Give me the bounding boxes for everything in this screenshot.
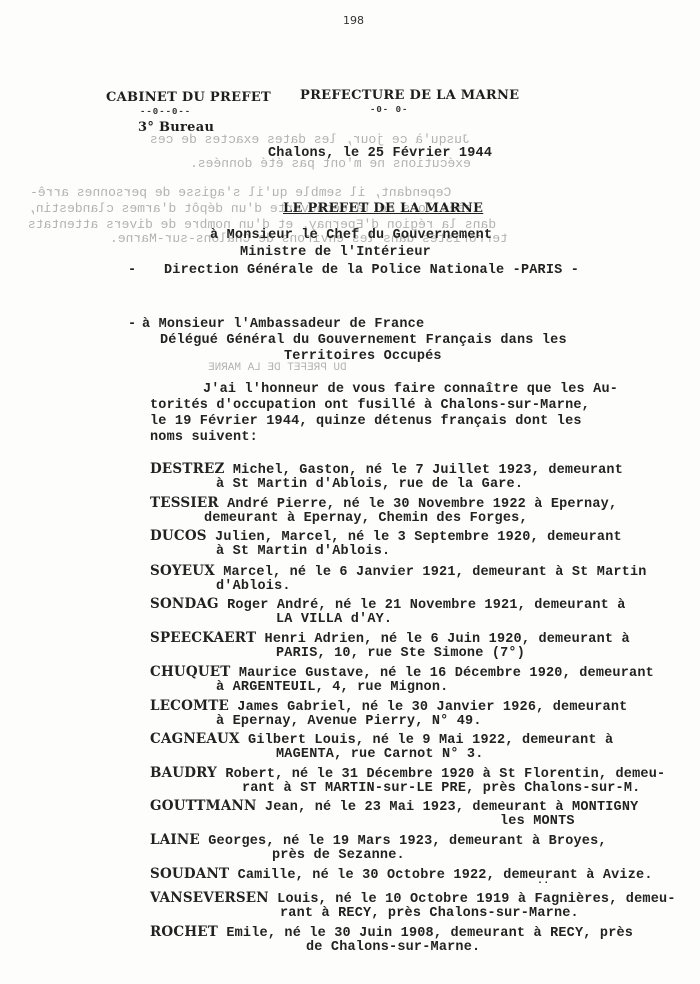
victim-surname: TESSIER [150,495,219,511]
victim-surname: BAUDRY [150,765,217,781]
body-line-4: noms suivent: [150,430,258,445]
victim-details-line-2: à St Martin d'Ablois, rue de la Gare. [216,477,523,492]
victim-details-line-1: Georges, né le 19 Mars 1923, demeurant à… [208,834,606,849]
victim-surname: SPEECKAERT [150,630,256,646]
victim-details-line-2: demeurant à Epernay, Chemin des Forges, [204,511,528,526]
victim-details-line-1: Emile, né le 30 Juin 1908, demeurant à R… [226,926,633,941]
left-ornament: --0--0-- [140,107,191,117]
victim-details-line-2: MAGENTA, rue Carnot N° 3. [276,747,484,762]
body-line-1: J'ai l'honneur de vous faire connaître q… [203,382,618,397]
victim-surname: SONDAG [150,596,219,612]
victim-surname: SOYEUX [150,563,215,579]
victim-details-line-2: de Chalons-sur-Marne. [306,940,480,955]
victim-details-line-2: rant à RECY, près Chalons-sur-Marne. [280,906,579,921]
body-line-3: le 19 Février 1944, quinze détenus franç… [150,414,582,429]
victim-details-line-2: près de Sezanne. [272,848,405,863]
victim-surname: VANSEVERSEN [150,890,269,906]
victim-surname: LECOMTE [150,698,229,714]
victim-details-line-1: Maurice Gustave, né le 16 Décembre 1920,… [239,666,654,681]
victim-details-line-2: rant à ST MARTIN-sur-LE PRE, près Chalon… [242,781,640,796]
right-ornament: -0- 0- [370,105,408,115]
victim-details-line-2: LA VILLA d'AY. [276,612,392,627]
recipient-1-line-2: Ministre de l'Intérieur [240,245,431,260]
victim-details-line-1: André Pierre, né le 30 Novembre 1922 à E… [227,497,617,512]
stray-dash: - [128,263,136,278]
sender-heading: LE PREFET DE LA MARNE [283,201,483,216]
recipient-1-line-3: Direction Générale de la Police National… [164,263,579,278]
victim-details-line-2: les MONTS [500,814,575,829]
victim-details-line-1: Louis, né le 10 Octobre 1919 à Fagnières… [277,892,675,907]
recipient-2-line-2: Délégué Général du Gouvernement Français… [160,333,567,348]
victim-details-line-1: Henri Adrien, né le 6 Juin 1920, demeura… [265,632,630,647]
victim-details-line-1: Gilbert Louis, né le 9 Mai 1922, demeura… [248,733,613,748]
bleed-through-line: Cependant, il semble qu'il s'agisse de p… [30,185,451,200]
recipient-2-line-1: à Monsieur l'Ambassadeur de France [142,317,424,332]
victim-details-line-1: Julien, Marcel, né le 3 Septembre 1920, … [215,530,622,545]
recipient-2-line-3: Territoires Occupés [284,349,442,364]
victim-details-line-2: PARIS, 10, rue Ste Simone (7°) [276,646,525,661]
victim-details-line-1: Jean, né le 23 Mai 1923, demeurant à MON… [265,800,639,815]
victim-details-line-1: James Gabriel, né le 30 Janvier 1926, de… [237,700,627,715]
victim-surname: DUCOS [150,528,207,544]
continuation-mark: .. [537,876,549,887]
victim-details-line-2: d'Ablois. [216,579,291,594]
victim-surname: SOUDANT [150,866,229,882]
victim-surname: CHUQUET [150,664,231,680]
victim-surname: LAINE [150,832,200,848]
body-line-2: torités d'occupation ont fusillé à Chalo… [150,398,590,413]
recipient-1-line-1: à Monsieur le Chef du Gouvernement [210,228,492,243]
victim-details-line-1: Marcel, né le 6 Janvier 1921, demeurant … [223,565,646,580]
victim-surname: ROCHET [150,924,218,940]
page-number: 198 [343,14,364,27]
victim-surname: CAGNEAUX [150,731,240,747]
victim-details-line-1: Camille, né le 30 Octobre 1922, demeuran… [238,868,653,883]
victim-details-line-2: à St Martin d'Ablois. [216,544,390,559]
prefecture-title: PREFECTURE DE LA MARNE [300,88,519,103]
victim-details-line-1: Michel, Gaston, né le 7 Juillet 1923, de… [233,463,623,478]
victim-details-line-2: à ARGENTEUIL, 4, rue Mignon. [216,680,448,695]
victim-surname: GOUTTMANN [150,798,257,814]
victim-details-line-1: Robert, né le 31 Décembre 1920 à St Flor… [225,767,665,782]
bleed-through-line: Jusqu'à ce jour, les dates exactes de ce… [150,132,470,147]
victim-details-line-2: à Epernay, Avenue Pierry, N° 49. [216,714,482,729]
recipient-2-bullet: - [128,317,136,332]
victim-details-line-1: Roger André, né le 21 Novembre 1921, dem… [227,598,625,613]
document-page: 198 CABINET DU PREFET --0--0-- 3° Bureau… [0,0,700,984]
victim-surname: DESTREZ [150,461,225,477]
cabinet-title: CABINET DU PREFET [106,90,271,105]
dateline: Chalons, le 25 Février 1944 [268,146,492,161]
